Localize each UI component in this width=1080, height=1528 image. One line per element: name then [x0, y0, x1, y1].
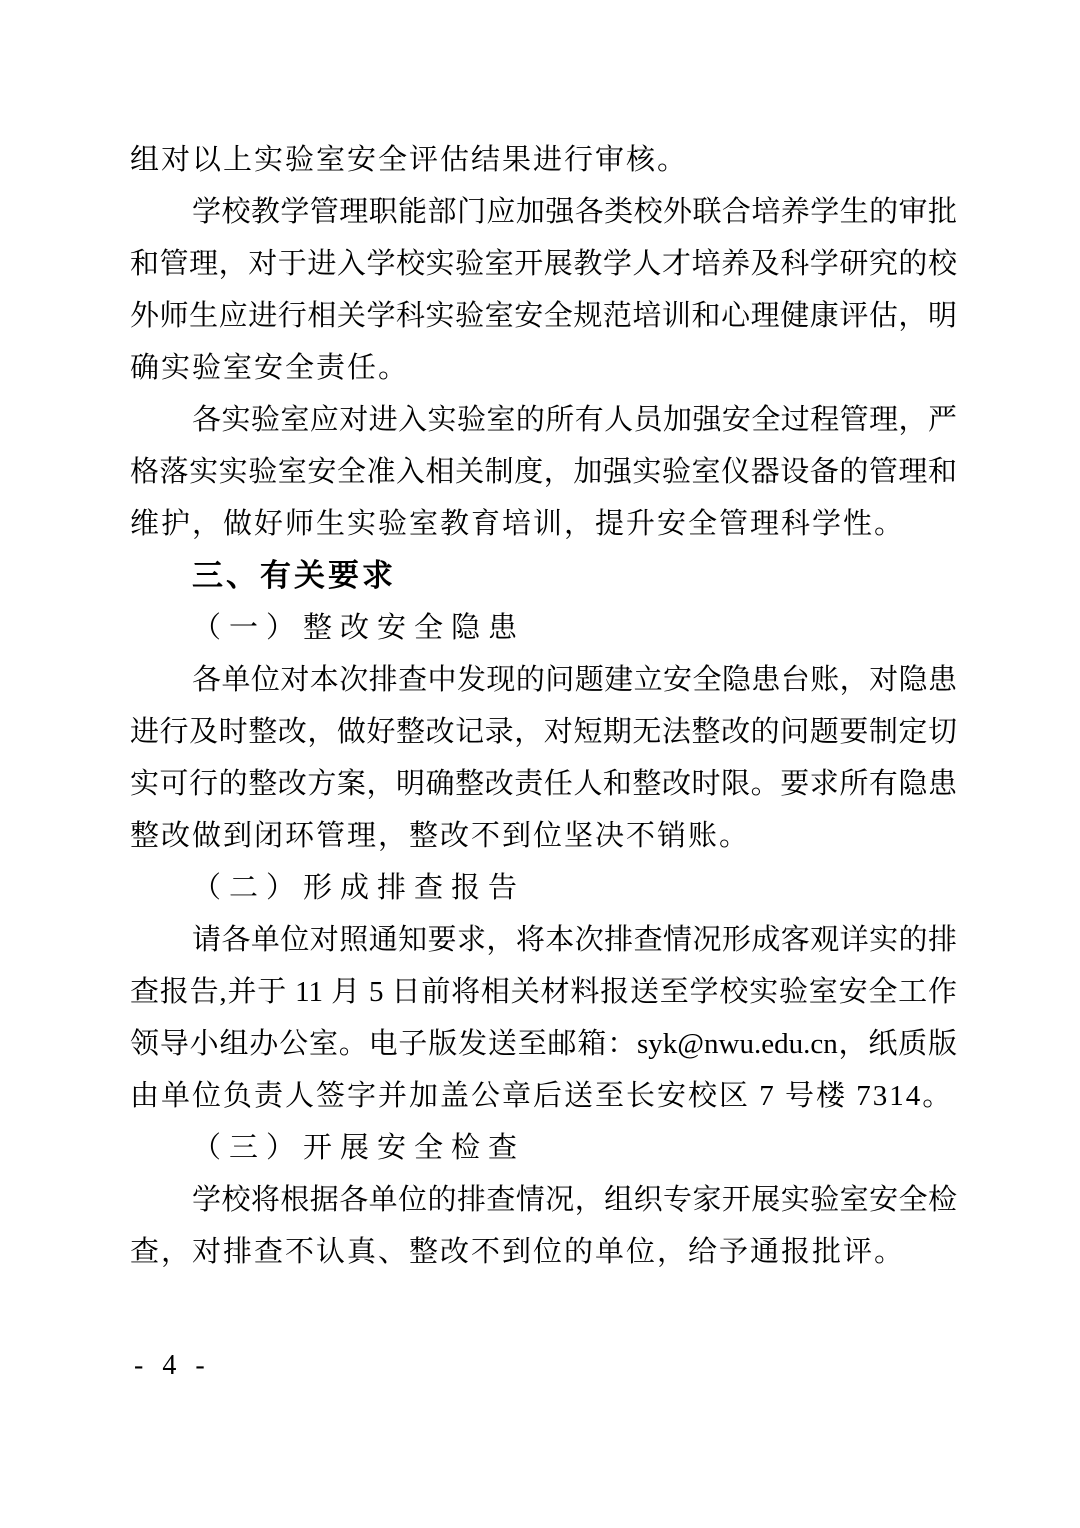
page-number: - 4 -	[134, 1340, 211, 1392]
text-line: 和管理，对于进入学校实验室开展教学人才培养及科学研究的校	[130, 238, 957, 290]
text-line: 整改做到闭环管理，整改不到位坚决不销账。	[130, 810, 957, 862]
text-line: 各单位对本次排查中发现的问题建立安全隐患台账，对隐患	[130, 654, 957, 706]
text-line: 实可行的整改方案，明确整改责任人和整改时限。要求所有隐患	[130, 758, 957, 810]
text-line: 由单位负责人签字并加盖公章后送至长安校区 7 号楼 7314。	[130, 1070, 957, 1122]
document-page: 组对以上实验室安全评估结果进行审核。学校教学管理职能部门应加强各类校外联合培养学…	[0, 0, 1080, 1528]
text-line: 外师生应进行相关学科实验室安全规范培训和心理健康评估，明	[130, 290, 957, 342]
section-heading: 三、有关要求	[130, 550, 957, 602]
text-line: 组对以上实验室安全评估结果进行审核。	[130, 134, 957, 186]
text-line: 领导小组办公室。电子版发送至邮箱：syk@nwu.edu.cn，纸质版	[130, 1018, 957, 1070]
text-line: 各实验室应对进入实验室的所有人员加强安全过程管理，严	[130, 394, 957, 446]
sub-heading: （三）开展安全检查	[130, 1122, 957, 1174]
text-line: 查，对排查不认真、整改不到位的单位，给予通报批评。	[130, 1226, 957, 1278]
text-line: 请各单位对照通知要求，将本次排查情况形成客观详实的排	[130, 914, 957, 966]
text-line: 进行及时整改，做好整改记录，对短期无法整改的问题要制定切	[130, 706, 957, 758]
document-body: 组对以上实验室安全评估结果进行审核。学校教学管理职能部门应加强各类校外联合培养学…	[130, 134, 957, 1278]
sub-heading: （一）整改安全隐患	[130, 602, 957, 654]
text-line: 查报告,并于 11 月 5 日前将相关材料报送至学校实验室安全工作	[130, 966, 957, 1018]
text-line: 学校教学管理职能部门应加强各类校外联合培养学生的审批	[130, 186, 957, 238]
sub-heading: （二）形成排查报告	[130, 862, 957, 914]
text-line: 确实验室安全责任。	[130, 342, 957, 394]
text-line: 学校将根据各单位的排查情况，组织专家开展实验室安全检	[130, 1174, 957, 1226]
text-line: 格落实实验室安全准入相关制度，加强实验室仪器设备的管理和	[130, 446, 957, 498]
text-line: 维护，做好师生实验室教育培训，提升安全管理科学性。	[130, 498, 957, 550]
